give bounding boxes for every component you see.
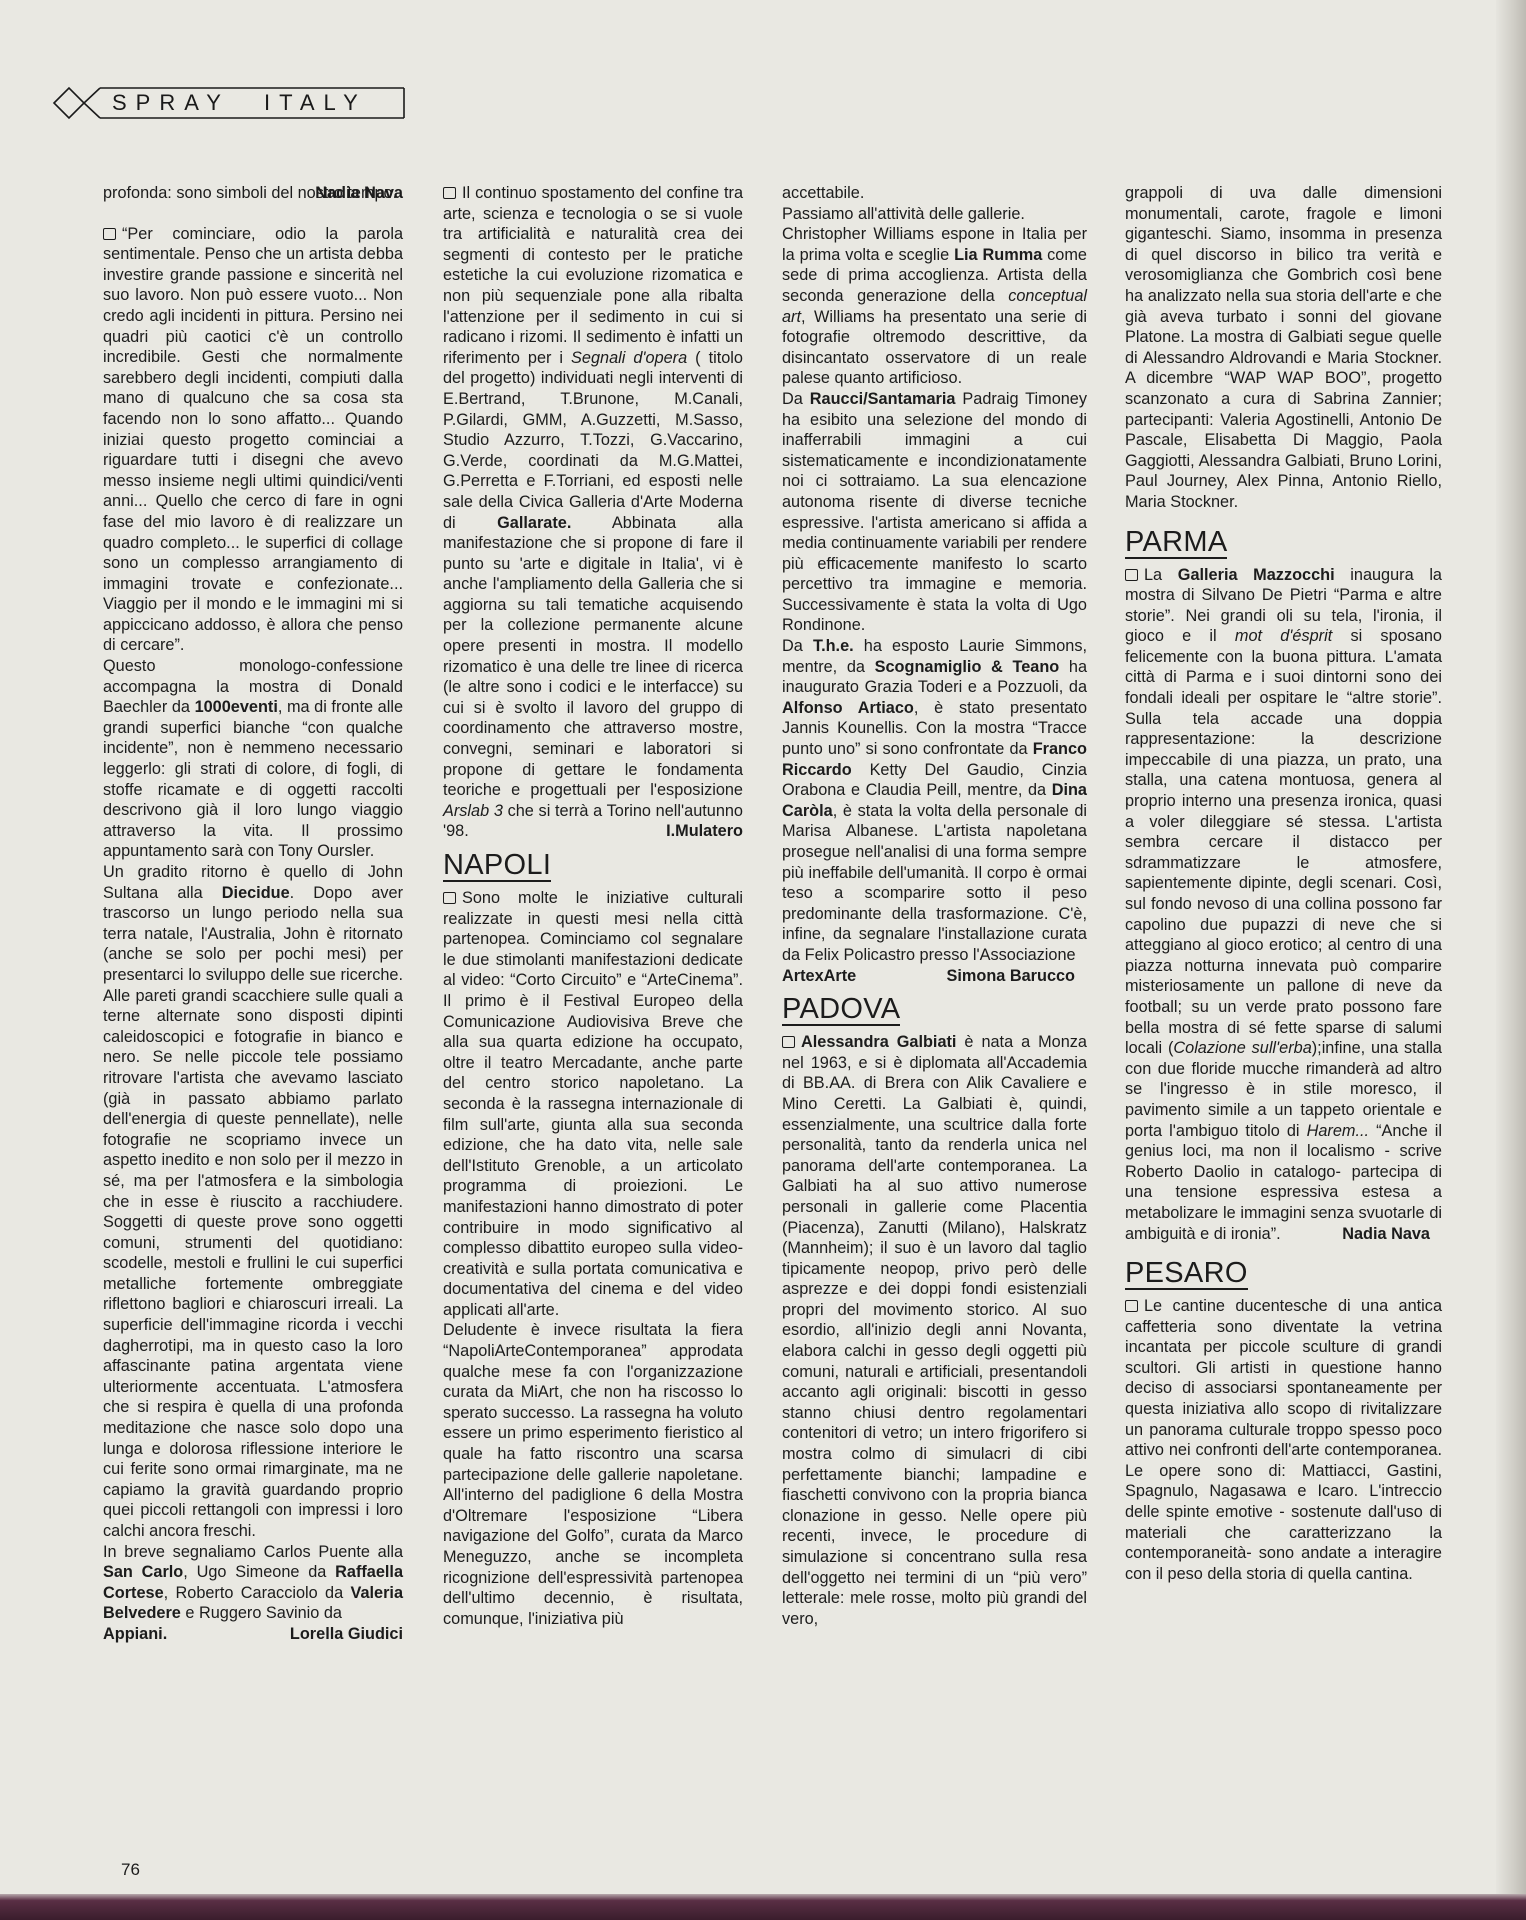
column-3: accettabile. Passiamo all'attività delle…: [782, 183, 1087, 1629]
column-2: Il continuo spostamento del confine tra …: [443, 183, 743, 1629]
paragraph: Deludente è invece risultata la fiera “N…: [443, 1320, 743, 1629]
section-heading-napoli: NAPOLI: [443, 850, 551, 882]
paragraph: Le cantine ducentesche di una antica caf…: [1125, 1296, 1442, 1584]
paragraph: La Galleria Mazzocchi inaugura la mostra…: [1125, 565, 1442, 1245]
author-signature: I.Mulatero: [443, 821, 743, 842]
section-heading-padova: PADOVA: [782, 994, 900, 1026]
paragraph: Christopher Williams espone in Italia pe…: [782, 224, 1087, 389]
column-4: grappoli di uva dalle dimensioni monumen…: [1125, 183, 1442, 1584]
paragraph: grappoli di uva dalle dimensioni monumen…: [1125, 183, 1442, 513]
checkbox-bullet-icon: [1125, 1300, 1138, 1312]
gallery-name: Diecidue: [222, 884, 290, 902]
paragraph: Alessandra Galbiati è nata a Monza nel 1…: [782, 1032, 1087, 1629]
paragraph: Passiamo all'attività delle gallerie.: [782, 204, 1087, 225]
section-header: SPRAYITALY: [52, 86, 407, 120]
section-heading-pesaro: PESARO: [1125, 1258, 1248, 1290]
checkbox-bullet-icon: [103, 228, 116, 240]
paragraph: Un gradito ritorno è quello di John Sult…: [103, 862, 403, 1542]
paragraph: Sono molte le iniziative culturali reali…: [443, 888, 743, 1320]
header-word-italy: ITALY: [264, 90, 367, 115]
bottom-edge-strip: [0, 1894, 1526, 1920]
checkbox-bullet-icon: [443, 187, 456, 199]
checkbox-bullet-icon: [443, 892, 456, 904]
header-title: SPRAYITALY: [112, 88, 367, 118]
paragraph: “Per cominciare, odio la parola sentimen…: [103, 224, 403, 656]
author-signature: ArtexArteSimona Barucco: [782, 966, 1087, 987]
paragraph: In breve segnaliamo Carlos Puente alla S…: [103, 1542, 403, 1624]
page-number: 76: [121, 1860, 140, 1880]
checkbox-bullet-icon: [1125, 569, 1138, 581]
gallery-name: 1000eventi: [195, 698, 278, 716]
paragraph: Questo monologo-confessione accompagna l…: [103, 656, 403, 862]
paragraph: Il continuo spostamento del confine tra …: [443, 183, 743, 842]
author-signature: Appiani.Lorella Giudici: [103, 1624, 403, 1645]
header-word-spray: SPRAY: [112, 90, 230, 115]
column-1: profonda: sono simboli del nostro tempo.…: [103, 183, 403, 1645]
paragraph: accettabile.: [782, 183, 1087, 204]
section-heading-parma: PARMA: [1125, 527, 1227, 559]
paragraph: Da Raucci/Santamaria Padraig Timoney ha …: [782, 389, 1087, 636]
page-binding-shadow: [1496, 0, 1526, 1920]
paragraph: Da T.h.e. ha esposto Laurie Simmons, men…: [782, 636, 1087, 966]
checkbox-bullet-icon: [782, 1036, 795, 1048]
